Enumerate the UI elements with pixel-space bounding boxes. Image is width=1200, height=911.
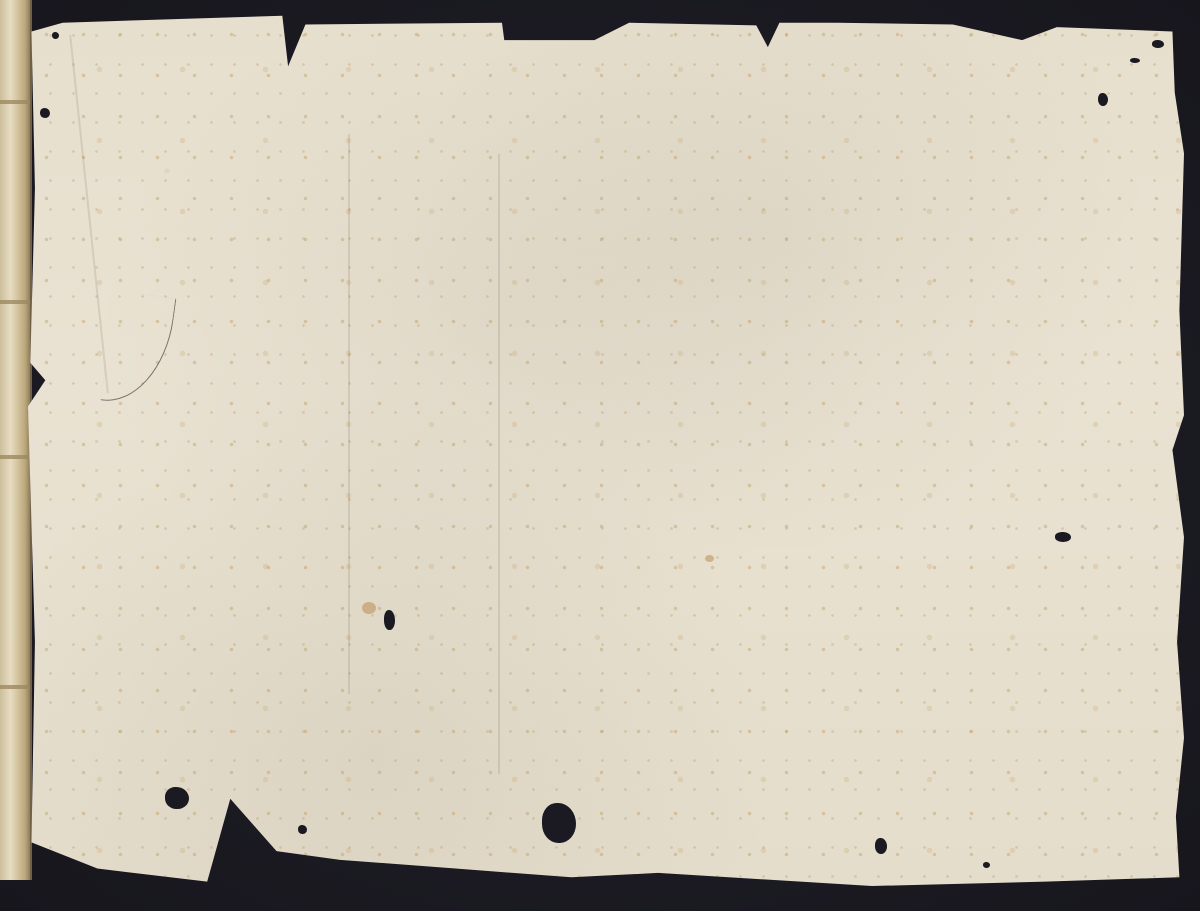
stain-spot — [705, 555, 714, 562]
worm-hole — [1130, 58, 1140, 63]
book-spine — [0, 0, 32, 880]
page-crease — [348, 134, 350, 694]
spine-band — [0, 300, 30, 304]
paper-page — [28, 14, 1184, 886]
worm-hole — [875, 838, 887, 854]
stain-spot — [362, 602, 376, 614]
spine-band — [0, 455, 30, 459]
worm-hole — [52, 32, 59, 39]
worm-hole — [1055, 532, 1071, 542]
spine-band — [0, 685, 30, 689]
worm-hole — [298, 825, 307, 834]
page-crease — [498, 154, 500, 774]
worm-hole — [1098, 93, 1108, 106]
spine-band — [0, 100, 30, 104]
worm-hole — [1152, 40, 1164, 48]
worm-hole — [983, 862, 990, 868]
foxing-spots — [28, 14, 1184, 886]
worm-hole — [40, 108, 50, 118]
worm-hole — [384, 610, 395, 630]
worm-hole — [542, 803, 576, 843]
worm-hole — [165, 787, 189, 809]
